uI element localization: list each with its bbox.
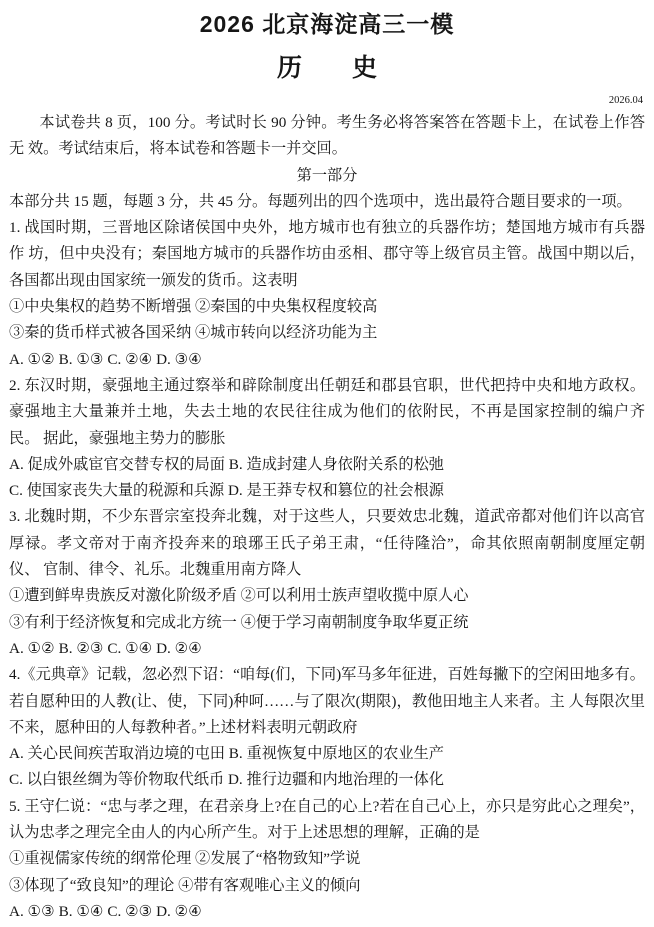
question-4: 4.《元典章》记载，忽必烈下诏：“咱每(们，下同)军马多年征进，百姓每撇下的空闲…: [9, 662, 645, 793]
options-line: C. 使国家丧失大量的税源和兵源 D. 是王莽专权和篡位的社会根源: [9, 478, 645, 504]
statement-line: ①中央集权的趋势不断增强 ②秦国的中央集权程度较高: [9, 294, 645, 320]
exam-body: 本试卷共 8 页，100 分。考试时长 90 分钟。考生务必将答案答在答题卡上，…: [9, 110, 645, 925]
options-line: A. ①③ B. ①④ C. ②③ D. ②④: [9, 899, 645, 925]
options-line: C. 以白银丝绸为等价物取代纸币 D. 推行边疆和内地治理的一体化: [9, 767, 645, 793]
page-title: 2026 北京海淀高三一模: [9, 8, 645, 40]
question-stem: 5. 王守仁说：“忠与孝之理，在君亲身上?在自己的心上?若在自己心上，亦只是穷此…: [9, 794, 645, 847]
question-3: 3. 北魏时期，不少东晋宗室投奔北魏，对于这些人，只要效忠北魏，道武帝都对他们许…: [9, 504, 645, 662]
statement-line: ③体现了“致良知”的理论 ④带有客观唯心主义的倾向: [9, 873, 645, 899]
part-one-heading: 第一部分: [9, 163, 645, 189]
statement-line: ①重视儒家传统的纲常伦理 ②发展了“格物致知”学说: [9, 846, 645, 872]
statement-line: ①遭到鲜卑贵族反对激化阶级矛盾 ②可以利用士族声望收揽中原人心: [9, 583, 645, 609]
question-1: 1. 战国时期，三晋地区除诸侯国中央外，地方城市也有独立的兵器作坊；楚国地方城市…: [9, 215, 645, 373]
statement-line: ③秦的货币样式被各国采纳 ④城市转向以经济功能为主: [9, 320, 645, 346]
statement-line: ③有利于经济恢复和完成北方统一 ④便于学习南朝制度争取华夏正统: [9, 610, 645, 636]
options-line: A. ①② B. ①③ C. ②④ D. ③④: [9, 347, 645, 373]
subject-title: 历 史: [9, 53, 645, 83]
question-stem: 3. 北魏时期，不少东晋宗室投奔北魏，对于这些人，只要效忠北魏，道武帝都对他们许…: [9, 504, 645, 583]
options-line: A. 关心民间疾苦取消边境的屯田 B. 重视恢复中原地区的农业生产: [9, 741, 645, 767]
question-5: 5. 王守仁说：“忠与孝之理，在君亲身上?在自己的心上?若在自己心上，亦只是穷此…: [9, 794, 645, 925]
options-line: A. ①② B. ②③ C. ①④ D. ②④: [9, 636, 645, 662]
question-stem: 1. 战国时期，三晋地区除诸侯国中央外，地方城市也有独立的兵器作坊；楚国地方城市…: [9, 215, 645, 294]
options-line: A. 促成外戚宦官交替专权的局面 B. 造成封建人身依附关系的松弛: [9, 452, 645, 478]
question-stem: 4.《元典章》记载，忽必烈下诏：“咱每(们，下同)军马多年征进，百姓每撇下的空闲…: [9, 662, 645, 741]
question-stem: 2. 东汉时期，豪强地主通过察举和辟除制度出任朝廷和郡县官职，世代把持中央和地方…: [9, 373, 645, 452]
exam-instructions: 本试卷共 8 页，100 分。考试时长 90 分钟。考生务必将答案答在答题卡上，…: [9, 110, 645, 163]
exam-date: 2026.04: [9, 95, 643, 106]
exam-paper-page: 2026 北京海淀高三一模 历 史 2026.04 本试卷共 8 页，100 分…: [0, 0, 654, 927]
question-2: 2. 东汉时期，豪强地主通过察举和辟除制度出任朝廷和郡县官职，世代把持中央和地方…: [9, 373, 645, 504]
part-one-note: 本部分共 15 题，每题 3 分，共 45 分。每题列出的四个选项中，选出最符合…: [9, 189, 645, 215]
